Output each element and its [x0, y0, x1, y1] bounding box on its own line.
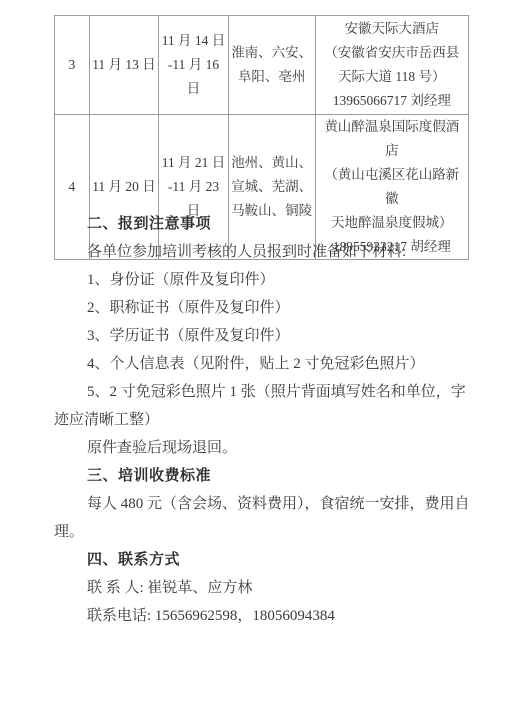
notes-item-diploma: 3、学历证书（原件及复印件）: [54, 322, 470, 350]
notes-item-id-card: 1、身份证（原件及复印件）: [54, 266, 470, 294]
document-body: 二、报到注意事项 各单位参加培训考核的人员报到时准备如下材料: 1、身份证（原件…: [54, 210, 470, 630]
registration-notes-intro: 各单位参加培训考核的人员报到时准备如下材料:: [54, 238, 470, 266]
fees-body: 每人 480 元（含会场、资料费用），食宿统一安排，费用自 理。: [54, 490, 470, 546]
notes-item-title-certificate: 2、职称证书（原件及复印件）: [54, 294, 470, 322]
notes-footnote: 原件查验后现场退回。: [54, 434, 470, 462]
contact-phone-line: 联系电话: 15656962598，18056094384: [54, 602, 470, 630]
training-dates-cell: 11 月 14 日 -11 月 16 日: [159, 16, 229, 115]
regions-cell: 淮南、六安、 阜阳、亳州: [228, 16, 315, 115]
section-heading-fees: 三、培训收费标准: [54, 462, 470, 490]
notes-item-photo: 5、2 寸免冠彩色照片 1 张（照片背面填写姓名和单位，字 迹应清晰工整）: [54, 378, 470, 434]
document-page: 3 11 月 13 日 11 月 14 日 -11 月 16 日 淮南、六安、 …: [0, 0, 523, 713]
section-heading-registration-notes: 二、报到注意事项: [54, 210, 470, 238]
contact-person-line: 联 系 人: 崔锐革、应方林: [54, 574, 470, 602]
session-number-cell: 3: [55, 16, 90, 115]
table-row-session-3: 3 11 月 13 日 11 月 14 日 -11 月 16 日 淮南、六安、 …: [55, 16, 469, 115]
section-heading-contact: 四、联系方式: [54, 546, 470, 574]
venue-cell: 安徽天际大酒店 （安徽省安庆市岳西县 天际大道 118 号） 139650667…: [315, 16, 468, 115]
notes-item-personal-info-form: 4、个人信息表（见附件，贴上 2 寸免冠彩色照片）: [54, 350, 470, 378]
report-date-cell: 11 月 13 日: [89, 16, 159, 115]
